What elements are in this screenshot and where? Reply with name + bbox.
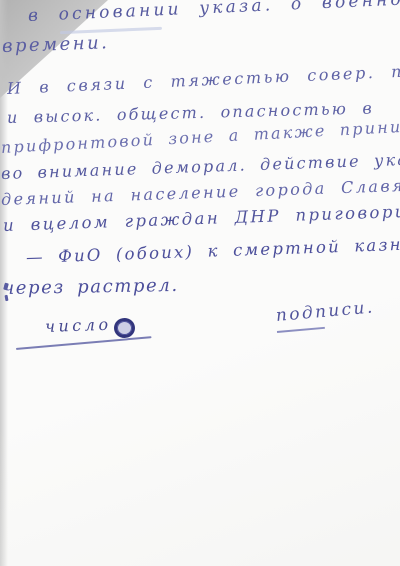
ink-blot xyxy=(114,318,135,338)
signatures-label: подписи. xyxy=(275,297,375,326)
handwritten-line-1: в основании указа. о военном xyxy=(28,0,400,26)
handwritten-line-10: через растрел. xyxy=(3,275,179,299)
handwritten-line-verdict: — ФиО (обоих) к смертной казни xyxy=(26,234,400,267)
date-underline-stroke xyxy=(16,336,152,350)
signatures-underline-stroke xyxy=(277,327,325,333)
date-label: число xyxy=(45,315,112,336)
handwritten-line-2: времени. xyxy=(2,32,110,57)
handwritten-line-3: И в связи с тяжестью совер. прест xyxy=(7,59,400,98)
scanned-document-page: в основании указа. о военном времени. И … xyxy=(0,0,400,566)
